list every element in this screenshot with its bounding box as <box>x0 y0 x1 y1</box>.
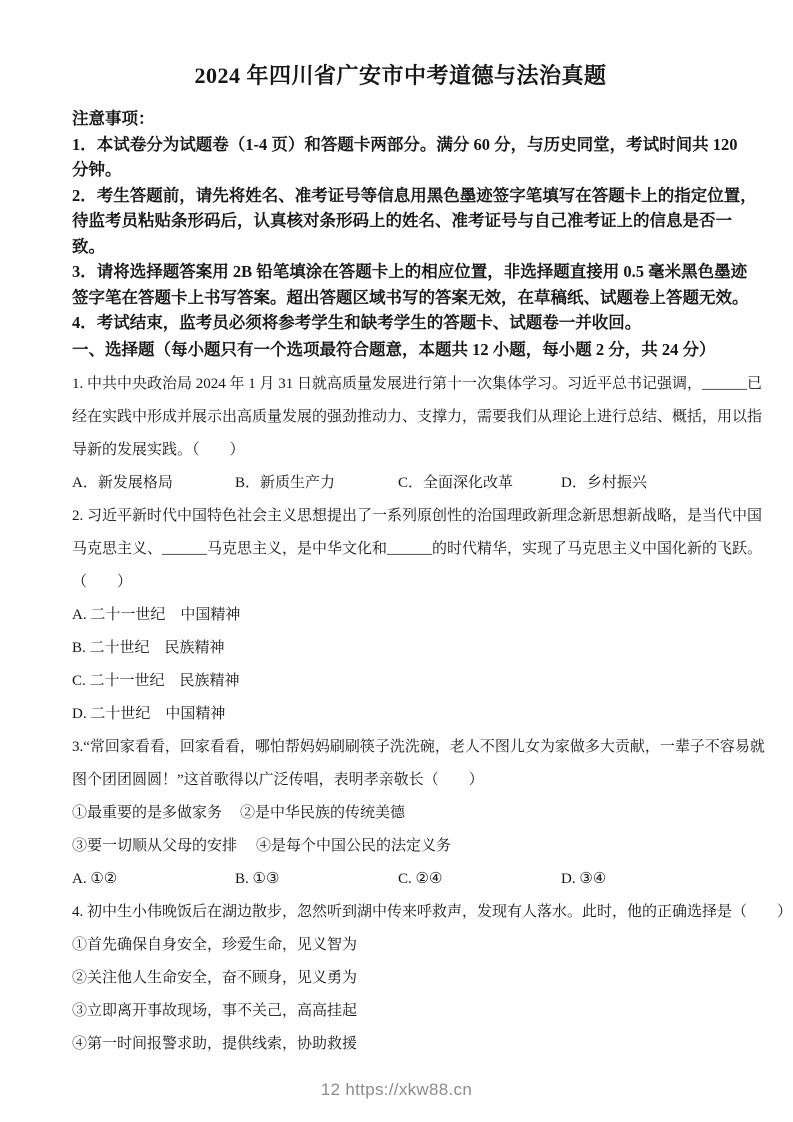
section-heading: 一、选择题（每小题只有一个选项最符合题意，本题共 12 小题，每小题 2 分，共… <box>72 337 729 362</box>
notice-item-line: 致。 <box>72 234 729 260</box>
option-a: A．新发展格局 <box>72 467 235 500</box>
option-b: B. ①③ <box>235 863 398 896</box>
notice-item: 4．考试结束，监考员必须将参考学生和缺考学生的答题卡、试题卷一并收回。 <box>72 310 729 336</box>
notice-item-line: 2．考生答题前，请先将姓名、准考证号等信息用黑色墨迹签字笔填写在答题卡上的指定位… <box>72 183 729 209</box>
suboption-3: ③要一切顺从父母的安排 <box>72 830 256 863</box>
notice-item-line: 待监考员粘贴条形码后，认真核对条形码上的姓名、准考证号与自己准考证上的信息是否一 <box>72 208 729 234</box>
notice-item: 3．请将选择题答案用 2B 铅笔填涂在答题卡上的相应位置，非选择题直接用 0.5… <box>72 259 729 310</box>
page-footer-watermark: 12 https://xkw88.cn <box>0 1080 793 1100</box>
question-3-suboptions-row: ①最重要的是多做家务 ②是中华民族的传统美德 <box>72 797 729 830</box>
suboption-2: ②是中华民族的传统美德 <box>240 797 405 830</box>
question-1: 1. 中共中央政治局 2024 年 1 月 31 日就高质量发展进行第十一次集体… <box>72 368 729 500</box>
question-text-line: 导新的发展实践。（ ） <box>72 434 729 467</box>
notice-item-line: 1．本试卷分为试题卷（1-4 页）和答题卡两部分。满分 60 分，与历史同堂，考… <box>72 132 729 158</box>
notice-item: 2．考生答题前，请先将姓名、准考证号等信息用黑色墨迹签字笔填写在答题卡上的指定位… <box>72 183 729 260</box>
suboption-4: ④第一时间报警求助，提供线索，协助救援 <box>72 1028 729 1061</box>
option-d: D. 二十世纪 中国精神 <box>72 698 729 731</box>
question-1-options: A．新发展格局 B．新质生产力 C．全面深化改革 D．乡村振兴 <box>72 467 729 500</box>
notice-item: 1．本试卷分为试题卷（1-4 页）和答题卡两部分。满分 60 分，与历史同堂，考… <box>72 132 729 183</box>
question-text-line: 2. 习近平新时代中国特色社会主义思想提出了一系列原创性的治国理政新理念新思想新… <box>72 500 729 533</box>
question-text-line: 1. 中共中央政治局 2024 年 1 月 31 日就高质量发展进行第十一次集体… <box>72 368 729 401</box>
notice-item-line: 3．请将选择题答案用 2B 铅笔填涂在答题卡上的相应位置，非选择题直接用 0.5… <box>72 259 729 285</box>
question-text-line: 3.“常回家看看，回家看看，哪怕帮妈妈刷刷筷子洗洗碗，老人不图儿女为家做多大贡献… <box>72 731 729 764</box>
option-d: D．乡村振兴 <box>561 467 647 500</box>
question-text-line: （ ） <box>72 566 729 599</box>
suboption-1: ①首先确保自身安全，珍爱生命，见义智为 <box>72 929 729 962</box>
question-text-line: 马克思主义、______马克思主义，是中华文化和______的时代精华，实现了马… <box>72 533 729 566</box>
question-text-line: 经在实践中形成并展示出高质量发展的强劲推动力、支撑力，需要我们从理论上进行总结、… <box>72 401 729 434</box>
option-c: C. 二十一世纪 民族精神 <box>72 665 729 698</box>
option-d: D. ③④ <box>561 863 606 896</box>
question-3: 3.“常回家看看，回家看看，哪怕帮妈妈刷刷筷子洗洗碗，老人不图儿女为家做多大贡献… <box>72 731 729 896</box>
question-3-options: A. ①② B. ①③ C. ②④ D. ③④ <box>72 863 729 896</box>
question-text-line: 4. 初中生小伟晚饭后在湖边散步，忽然听到湖中传来呼救声，发现有人落水。此时，他… <box>72 896 729 929</box>
option-a: A. 二十一世纪 中国精神 <box>72 599 729 632</box>
notice-item-line: 签字笔在答题卡上书写答案。超出答题区域书写的答案无效，在草稿纸、试题卷上答题无效… <box>72 285 729 311</box>
notice-heading: 注意事项： <box>72 106 729 132</box>
option-c: C. ②④ <box>398 863 561 896</box>
question-4: 4. 初中生小伟晚饭后在湖边散步，忽然听到湖中传来呼救声，发现有人落水。此时，他… <box>72 896 729 1061</box>
page-content: 2024 年四川省广安市中考道德与法治真题 注意事项： 1．本试卷分为试题卷（1… <box>0 0 793 1061</box>
option-b: B. 二十世纪 民族精神 <box>72 632 729 665</box>
suboption-3: ③立即离开事故现场，事不关己，高高挂起 <box>72 995 729 1028</box>
option-a: A. ①② <box>72 863 235 896</box>
question-2: 2. 习近平新时代中国特色社会主义思想提出了一系列原创性的治国理政新理念新思想新… <box>72 500 729 731</box>
notice-item-line: 4．考试结束，监考员必须将参考学生和缺考学生的答题卡、试题卷一并收回。 <box>72 310 729 336</box>
questions-section: 1. 中共中央政治局 2024 年 1 月 31 日就高质量发展进行第十一次集体… <box>72 368 729 1061</box>
option-b: B．新质生产力 <box>235 467 398 500</box>
suboption-4: ④是每个中国公民的法定义务 <box>256 830 451 863</box>
suboption-2: ②关注他人生命安全，奋不顾身，见义勇为 <box>72 962 729 995</box>
notice-section: 注意事项： 1．本试卷分为试题卷（1-4 页）和答题卡两部分。满分 60 分，与… <box>72 106 729 336</box>
page-title: 2024 年四川省广安市中考道德与法治真题 <box>72 60 729 92</box>
notice-item-line: 分钟。 <box>72 157 729 183</box>
exam-paper-page: 2024 年四川省广安市中考道德与法治真题 注意事项： 1．本试卷分为试题卷（1… <box>0 0 793 1122</box>
option-c: C．全面深化改革 <box>398 467 561 500</box>
question-3-suboptions-row: ③要一切顺从父母的安排 ④是每个中国公民的法定义务 <box>72 830 729 863</box>
question-text-line: 图个团团圆圆！”这首歌得以广泛传唱，表明孝亲敬长（ ） <box>72 764 729 797</box>
suboption-1: ①最重要的是多做家务 <box>72 797 240 830</box>
